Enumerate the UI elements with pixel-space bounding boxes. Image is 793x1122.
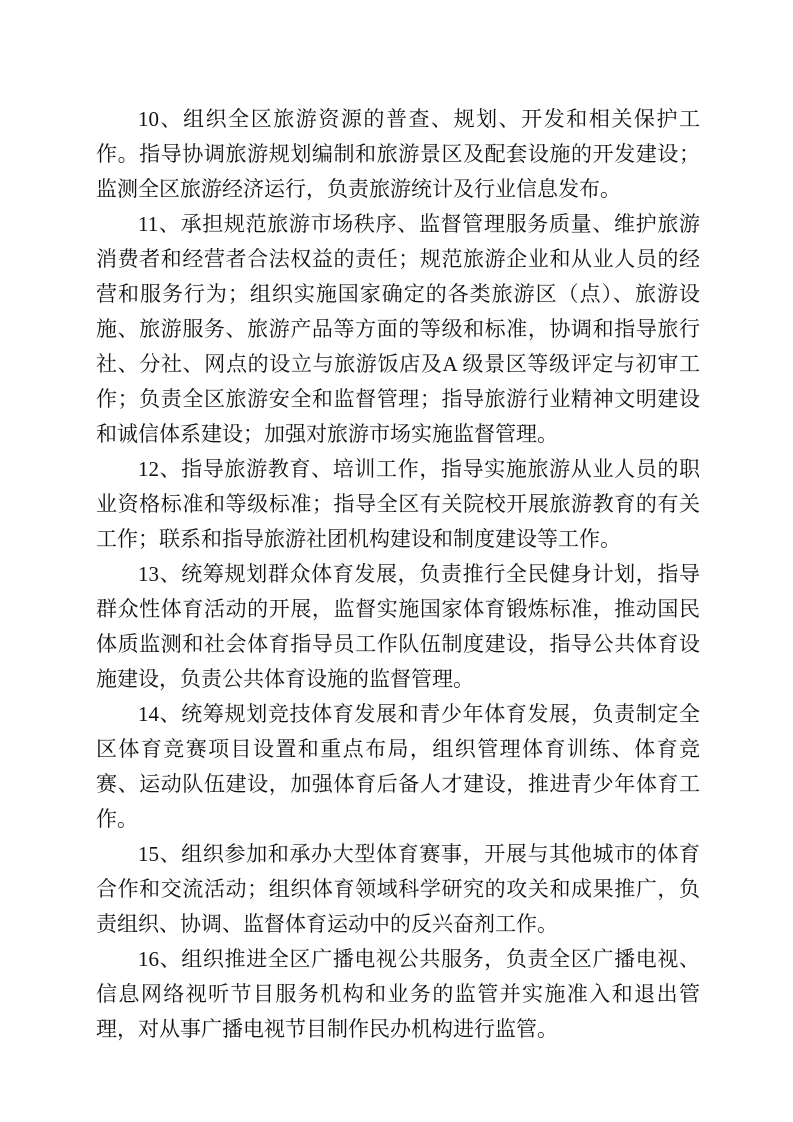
paragraph-item-16: 16、组织推进全区广播电视公共服务，负责全区广播电视、信息网络视听节目服务机构和… [96,942,700,1047]
paragraph-item-11: 11、承担规范旅游市场秩序、监督管理服务质量、维护旅游消费者和经营者合法权益的责… [96,207,700,452]
document-page: 10、组织全区旅游资源的普查、规划、开发和相关保护工作。指导协调旅游规划编制和旅… [0,0,793,1122]
document-body: 10、组织全区旅游资源的普查、规划、开发和相关保护工作。指导协调旅游规划编制和旅… [96,102,700,1047]
paragraph-item-13: 13、统筹规划群众体育发展，负责推行全民健身计划，指导群众性体育活动的开展，监督… [96,557,700,697]
paragraph-item-12: 12、指导旅游教育、培训工作，指导实施旅游从业人员的职业资格标准和等级标准；指导… [96,452,700,557]
paragraph-item-14: 14、统筹规划竞技体育发展和青少年体育发展，负责制定全区体育竞赛项目设置和重点布… [96,697,700,837]
paragraph-item-10: 10、组织全区旅游资源的普查、规划、开发和相关保护工作。指导协调旅游规划编制和旅… [96,102,700,207]
paragraph-item-15: 15、组织参加和承办大型体育赛事，开展与其他城市的体育合作和交流活动；组织体育领… [96,837,700,942]
